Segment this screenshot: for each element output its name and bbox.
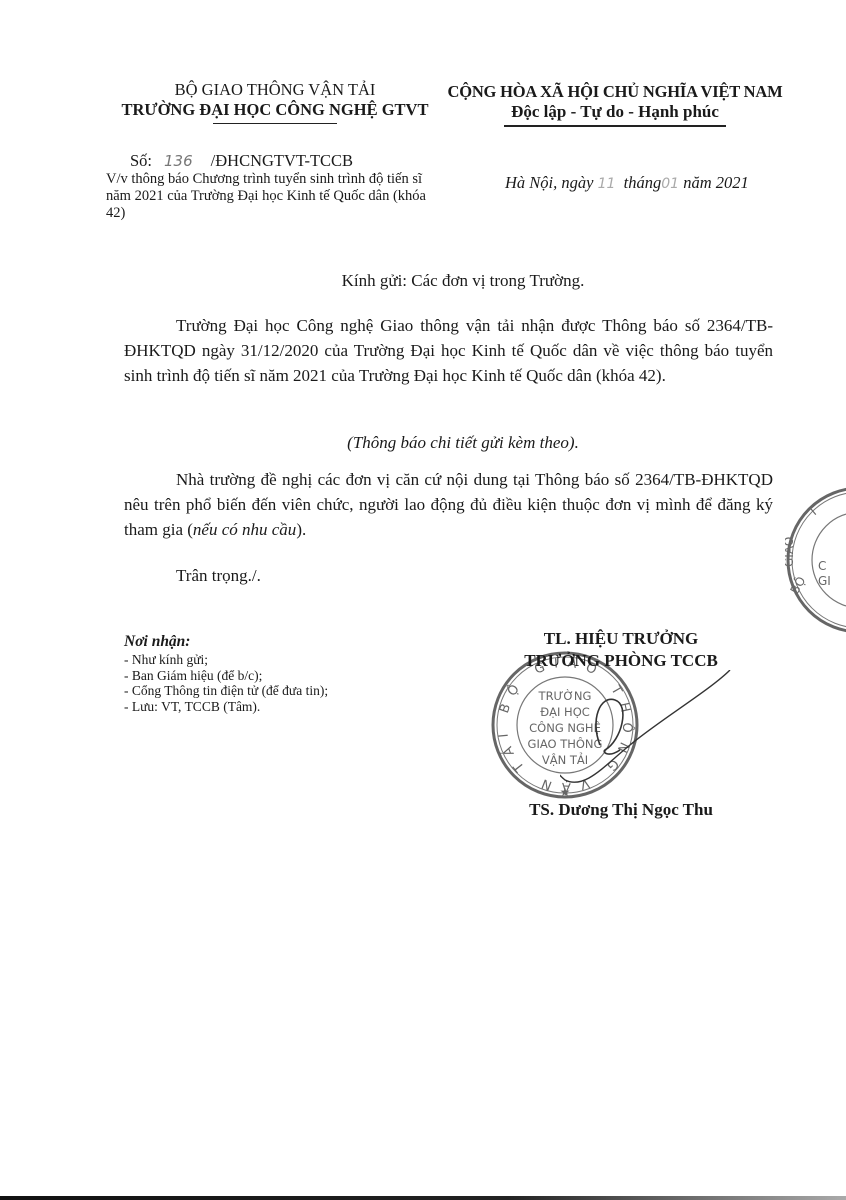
date-month-label: tháng bbox=[624, 173, 662, 192]
issue-date: Hà Nội, ngày 11 tháng01 năm 2021 bbox=[505, 173, 749, 193]
svg-text:C: C bbox=[818, 559, 826, 573]
document-number: Số:136/ĐHCNGTVT-TCCB bbox=[130, 151, 353, 171]
number-label: Số: bbox=[130, 151, 152, 170]
recipients-block: Nơi nhận: - Như kính gửi; - Ban Giám hiệ… bbox=[124, 632, 328, 714]
motto-divider bbox=[504, 125, 726, 127]
signer-authority: TL. HIỆU TRƯỞNG bbox=[476, 628, 766, 650]
signer-name: TS. Dương Thị Ngọc Thu bbox=[476, 800, 766, 820]
greeting: Kính gửi: Các đơn vị trong Trường. bbox=[0, 271, 846, 291]
date-prefix: Hà Nội, ngày bbox=[505, 173, 593, 192]
signature-block: TL. HIỆU TRƯỞNG TRƯỞNG PHÒNG TCCB bbox=[476, 628, 766, 672]
number-suffix: /ĐHCNGTVT-TCCB bbox=[211, 151, 353, 170]
body-paragraph-1: Trường Đại học Công nghệ Giao thông vận … bbox=[124, 313, 773, 388]
recipient-item: - Ban Giám hiệu (để b/c); bbox=[124, 668, 328, 684]
subject-line: V/v thông báo Chương trình tuyển sinh tr… bbox=[106, 171, 436, 222]
closing: Trân trọng./. bbox=[176, 566, 261, 586]
date-day: 11 bbox=[598, 176, 616, 192]
paragraph-end: ). bbox=[296, 520, 306, 539]
signer-position: TRƯỞNG PHÒNG TCCB bbox=[476, 650, 766, 672]
date-year: năm 2021 bbox=[683, 173, 749, 192]
header-divider bbox=[213, 123, 337, 124]
recipient-item: - Cổng Thông tin điện tử (để đưa tin); bbox=[124, 683, 328, 699]
handwritten-number: 136 bbox=[164, 152, 193, 170]
scan-edge bbox=[0, 1196, 846, 1200]
attachment-note: (Thông báo chi tiết gửi kèm theo). bbox=[0, 433, 846, 453]
paragraph-text: Trường Đại học Công nghệ Giao thông vận … bbox=[124, 316, 773, 385]
date-month: 01 bbox=[661, 176, 679, 192]
partial-seal-icon: BỘ GIAO T C GI bbox=[785, 485, 846, 635]
national-header: CỘNG HÒA XÃ HỘI CHỦ NGHĨA VIỆT NAM Độc l… bbox=[440, 82, 790, 127]
nation-name: CỘNG HÒA XÃ HỘI CHỦ NGHĨA VIỆT NAM bbox=[440, 82, 790, 102]
issuer-header: BỘ GIAO THÔNG VẬN TẢI TRƯỜNG ĐẠI HỌC CÔN… bbox=[100, 80, 450, 124]
svg-text:GIAO: GIAO bbox=[785, 537, 796, 567]
school-name: TRƯỜNG ĐẠI HỌC CÔNG NGHỆ GTVT bbox=[100, 100, 450, 120]
recipient-item: - Lưu: VT, TCCB (Tâm). bbox=[124, 699, 328, 715]
ministry-name: BỘ GIAO THÔNG VẬN TẢI bbox=[100, 80, 450, 100]
national-motto: Độc lập - Tự do - Hạnh phúc bbox=[440, 102, 790, 122]
svg-text:GI: GI bbox=[818, 574, 831, 588]
body-paragraph-2: Nhà trường đề nghị các đơn vị căn cứ nội… bbox=[124, 467, 773, 542]
recipient-item: - Như kính gửi; bbox=[124, 652, 328, 668]
recipients-title: Nơi nhận: bbox=[124, 632, 328, 652]
paragraph-italic: nếu có nhu cầu bbox=[193, 520, 296, 539]
handwritten-signature-icon bbox=[560, 670, 760, 790]
